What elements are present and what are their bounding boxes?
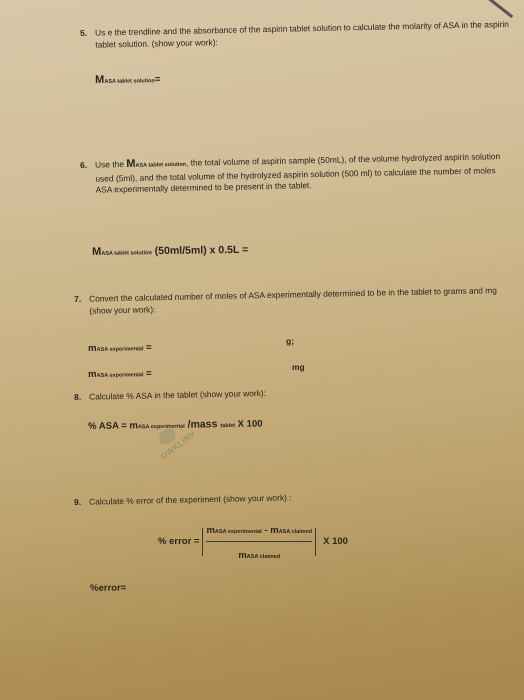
- question-9: 9. Calculate % error of the experiment (…: [74, 488, 514, 509]
- question-6: 6. Use the MASA tablet solution, the tot…: [80, 151, 511, 196]
- absolute-value-bar-right: [315, 528, 316, 556]
- numerator: mASA experimental - mASA claimed: [206, 520, 312, 538]
- absolute-value-bar-left: [202, 528, 203, 556]
- question-text: Convert the calculated number of moles o…: [89, 285, 514, 317]
- question-number: 5.: [80, 28, 87, 40]
- q9-percent-error-formula: % error = mASA experimental - mASA claim…: [158, 520, 348, 563]
- q6-formula: MASA tablet solution (50ml/5ml) x 0.5L =: [92, 240, 248, 260]
- question-number: 7.: [74, 294, 81, 306]
- q7-grams-line: mASA experimental =: [88, 337, 152, 356]
- q5-answer-label: MASA tablet solution=: [95, 69, 161, 88]
- denominator: mASA claimed: [238, 545, 280, 563]
- question-text: Use the MASA tablet solution, the total …: [95, 151, 511, 196]
- paper-edge: [486, 0, 513, 18]
- question-number: 9.: [74, 497, 81, 509]
- worksheet-page: 5. Us e the trendline and the absorbance…: [0, 0, 524, 700]
- question-text: Calculate % error of the experiment (sho…: [89, 488, 514, 508]
- question-7: 7. Convert the calculated number of mole…: [74, 285, 514, 317]
- question-text: Us e the trendline and the absorbance of…: [95, 19, 510, 51]
- unit-milligrams: mg: [292, 362, 305, 372]
- question-text: Calculate % ASA in the tablet (show your…: [89, 383, 514, 403]
- unit-grams: g;: [286, 336, 294, 346]
- fraction: mASA experimental - mASA claimed mASA cl…: [206, 520, 312, 563]
- q9-answer-label: %error=: [90, 577, 126, 596]
- question-5: 5. Us e the trendline and the absorbance…: [80, 19, 510, 51]
- q7-mg-line: mASA experimental =: [88, 363, 152, 382]
- question-number: 8.: [74, 392, 81, 404]
- fraction-line: [206, 541, 312, 542]
- question-8: 8. Calculate % ASA in the tablet (show y…: [74, 383, 514, 404]
- question-number: 6.: [80, 160, 87, 172]
